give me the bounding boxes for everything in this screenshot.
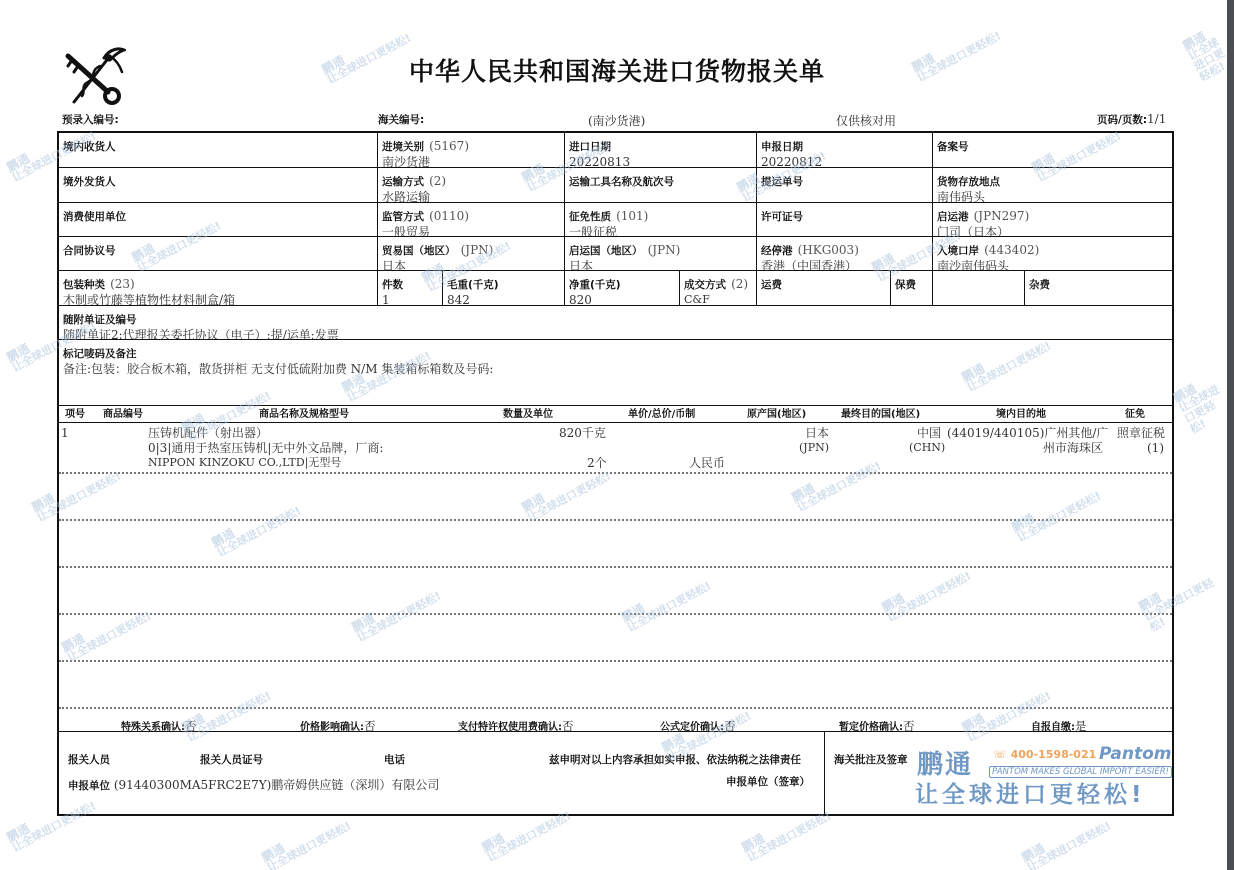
field-consignee-domestic: 境内收货人 (59, 133, 377, 167)
field-levy-nature: 征免性质 (101) 一般征税 (565, 203, 756, 236)
declaration-form: 境内收货人 进境关别 (5167) 南沙货港 进口日期 20220813 申报日… (57, 131, 1174, 816)
page-value: 1/1 (1147, 112, 1166, 126)
confirm-provisional-price: 暂定价格确认:否 (839, 718, 915, 734)
customs-approval-label: 海关批注及签章 (834, 752, 908, 767)
field-entry-customs: 进境关别 (5167) 南沙货港 (378, 133, 564, 167)
field-freight: 运费 (757, 271, 890, 305)
field-attached-docs: 随附单证及编号 随附单证2:代理报关委托协议（电子）;提/运单;发票 (59, 306, 1173, 339)
field-entry-port: 入境口岸 (443402) 南沙南伟码头 (933, 237, 1173, 270)
brand-slogan-cn: 让全球进口更轻松! (915, 776, 1146, 809)
field-transit-port: 经停港 (HKG003) 香港（中国香港） (757, 237, 932, 270)
field-departure-country: 启运国（地区） (JPN) 日本 (565, 237, 756, 270)
field-trade-country: 贸易国（地区） (JPN) 日本 (378, 237, 564, 270)
page-label: 页码/页数: (1097, 114, 1147, 126)
watermark: 鹏通让全球进口更轻松! (1171, 372, 1234, 436)
field-pieces: 件数 1 (378, 271, 442, 305)
field-record-no: 备案号 (933, 133, 1173, 167)
document-page: 中华人民共和国海关进口货物报关单 预录入编号: 海关编号: (南沙货港) 仅供核… (0, 0, 1227, 870)
legal-statement: 兹申明对以上内容承担如实申报、依法纳税之法律责任 (549, 752, 801, 767)
pre-entry-no-label: 预录入编号: (62, 112, 119, 127)
phone-label: 电话 (384, 752, 405, 767)
brand-phone: ☏ 400-1598-021 (993, 748, 1096, 761)
field-consignor-overseas: 境外发货人 (59, 168, 377, 202)
declarant-label: 报关人员 (68, 752, 110, 767)
confirm-formula-pricing: 公式定价确认:否 (660, 718, 736, 734)
field-declare-date: 申报日期 20220812 (757, 133, 932, 167)
brand-watermark: 鹏通 ☏ 400-1598-021 Pantom PANTOM MAKES GL… (915, 744, 1175, 806)
field-transaction-mode: 成交方式 (2) C&F (680, 271, 756, 305)
field-transport-mode: 运输方式 (2) 水路运输 (378, 168, 564, 202)
declarant-cert-label: 报关人员证号 (200, 752, 263, 767)
watermark: 鹏通让全球进口更轻松! (1020, 810, 1113, 870)
field-vessel-voyage: 运输工具名称及航次号 (565, 168, 756, 202)
field-insurance: 保费 (891, 271, 1024, 305)
confirm-price-influence: 价格影响确认:否 (300, 718, 376, 734)
field-contract-no: 合同协议号 (59, 237, 377, 270)
field-net-weight: 净重(千克) 820 (565, 271, 679, 305)
watermark: 鹏通让全球进口更轻松! (260, 810, 353, 870)
field-consumer-unit: 消费使用单位 (59, 203, 377, 236)
field-import-date: 进口日期 20220813 (565, 133, 756, 167)
field-storage-place: 货物存放地点 南伟码头 (933, 168, 1173, 202)
confirm-self-declare: 自报自缴:是 (1031, 718, 1087, 734)
field-misc-fee: 杂费 (1025, 271, 1173, 305)
customs-no-label: 海关编号: (378, 112, 424, 127)
page-indicator: 页码/页数:1/1 (1097, 112, 1166, 127)
verification-note: 仅供核对用 (836, 112, 896, 129)
customs-office-note: (南沙货港) (588, 112, 645, 129)
seal-label: 申报单位（签章） (726, 774, 810, 789)
confirm-royalty: 支付特许权使用费确认:否 (458, 718, 574, 734)
field-marks-remarks: 标记唛码及备注 备注:包装：胶合板木箱，散货拼柜 无支付低硫附加费 N/M 集装… (59, 340, 1173, 405)
declaring-unit: 申报单位 (91440300MA5FRC2E7Y)鹏帝姆供应链（深圳）有限公司 (68, 776, 439, 793)
field-package-type: 包装种类 (23) 木制或竹藤等植物性材料制盒/箱 (59, 271, 377, 305)
document-title: 中华人民共和国海关进口货物报关单 (0, 52, 1234, 88)
field-license-no: 许可证号 (757, 203, 932, 236)
field-gross-weight: 毛重(千克) 842 (443, 271, 564, 305)
brand-name-en: Pantom (1099, 744, 1171, 764)
viewer-scrollbar[interactable] (1227, 0, 1234, 870)
field-supervision-mode: 监管方式 (0110) 一般贸易 (378, 203, 564, 236)
field-departure-port: 启运港 (JPN297) 门司（日本） (933, 203, 1173, 236)
confirm-special-relationship: 特殊关系确认:否 (121, 718, 197, 734)
field-bill-of-lading: 提运单号 (757, 168, 932, 202)
